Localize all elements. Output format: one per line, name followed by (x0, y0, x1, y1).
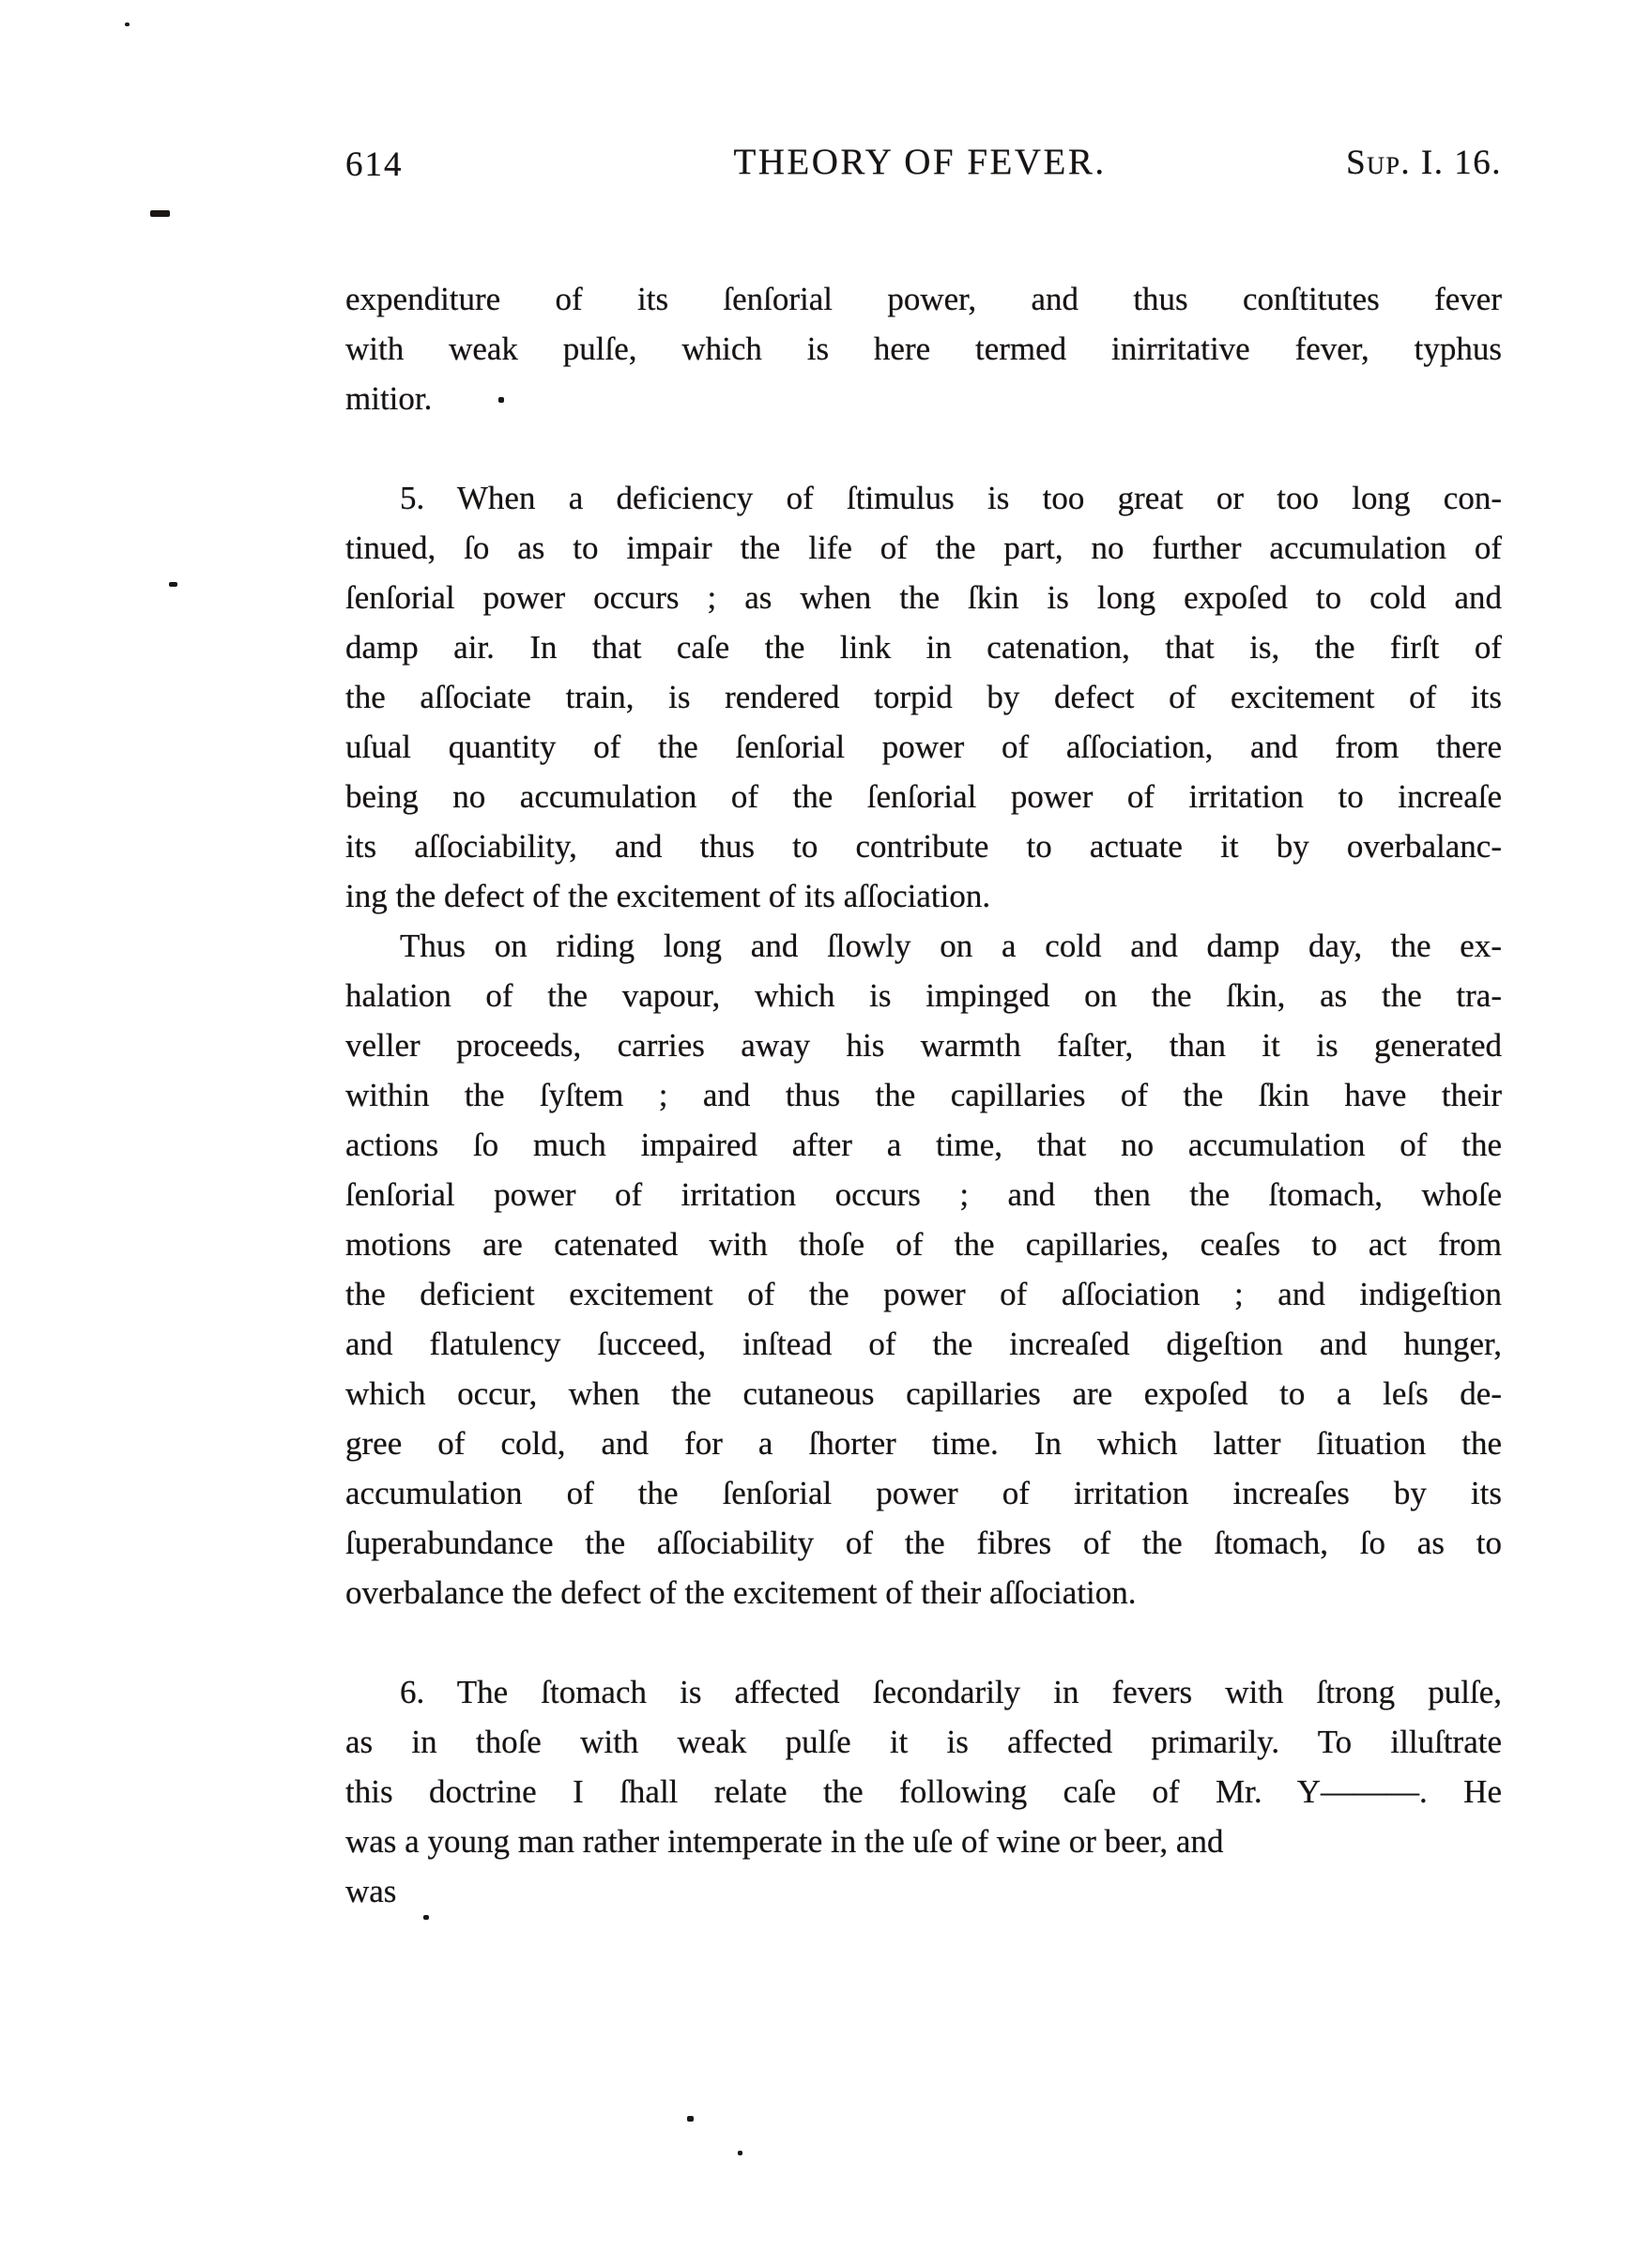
text-line: which occur, when the cutaneous capillar… (345, 1369, 1502, 1418)
book-page-scan: 614 THEORY OF FEVER. Sup. I. 16. expendi… (0, 0, 1652, 2253)
text-line: the deficient excitement of the power of… (345, 1269, 1502, 1319)
text-line: as in thoſe with weak pulſe it is affect… (345, 1717, 1502, 1767)
text-line: the aſſociate train, is rendered torpid … (345, 672, 1502, 722)
text-line: tinued, ſo as to impair the life of the … (345, 523, 1502, 573)
text-line: this doctrine I ſhall relate the followi… (345, 1767, 1502, 1816)
paragraph: 5. When a deficiency of ſtimulus is too … (345, 473, 1502, 921)
text-line: overbalance the defect of the excitement… (345, 1568, 1502, 1617)
paragraph: expenditure of its ſenſorial power, and … (345, 274, 1502, 423)
ink-speck (423, 1915, 429, 1920)
text-line: 5. When a deficiency of ſtimulus is too … (345, 473, 1502, 523)
body-text: expenditure of its ſenſorial power, and … (345, 274, 1502, 1916)
text-line: ing the defect of the excitement of its … (345, 871, 1502, 921)
text-line: was a young man rather intemperate in th… (345, 1816, 1502, 1866)
text-line: ſenſorial power occurs ; as when the ſki… (345, 573, 1502, 622)
text-line: veller proceeds, carries away his warmth… (345, 1020, 1502, 1070)
ink-speck (738, 2151, 742, 2155)
text-line: damp air. In that caſe the link in caten… (345, 622, 1502, 672)
running-section-label: Sup. I. 16. (1346, 143, 1502, 183)
running-header: 614 THEORY OF FEVER. Sup. I. 16. (345, 141, 1502, 186)
page-number: 614 (345, 145, 404, 185)
ink-speck (150, 210, 170, 217)
text-line: expenditure of its ſenſorial power, and … (345, 274, 1502, 324)
text-line: actions ſo much impaired after a time, t… (345, 1120, 1502, 1170)
text-line: its aſſociability, and thus to contribut… (345, 821, 1502, 871)
text-line: uſual quantity of the ſenſorial power of… (345, 722, 1502, 772)
paragraph: Thus on riding long and ſlowly on a cold… (345, 921, 1502, 1617)
text-line: motions are catenated with thoſe of the … (345, 1219, 1502, 1269)
text-line: being no accumulation of the ſenſorial p… (345, 772, 1502, 821)
text-line: gree of cold, and for a ſhorter time. In… (345, 1418, 1502, 1468)
text-line: within the ſyſtem ; and thus the capilla… (345, 1070, 1502, 1120)
text-line: halation of the vapour, which is impinge… (345, 971, 1502, 1020)
text-line: and flatulency ſucceed, inſtead of the i… (345, 1319, 1502, 1369)
text-line: 6. The ſtomach is affected ſecondarily i… (345, 1667, 1502, 1717)
text-line: ſuperabundance the aſſociability of the … (345, 1518, 1502, 1568)
text-line: ſenſorial power of irritation occurs ; a… (345, 1170, 1502, 1219)
ink-speck (498, 397, 504, 403)
text-line: Thus on riding long and ſlowly on a cold… (345, 921, 1502, 971)
paragraph: 6. The ſtomach is affected ſecondarily i… (345, 1667, 1502, 1866)
text-line: accumulation of the ſenſorial power of i… (345, 1468, 1502, 1518)
ink-speck (169, 582, 177, 587)
running-title: THEORY OF FEVER. (733, 141, 1106, 183)
text-line: mitior. (345, 374, 1502, 423)
ink-speck (125, 23, 130, 26)
ink-speck (687, 2116, 694, 2122)
catchword: was (345, 1866, 1502, 1916)
text-line: with weak pulſe, which is here termed in… (345, 324, 1502, 374)
